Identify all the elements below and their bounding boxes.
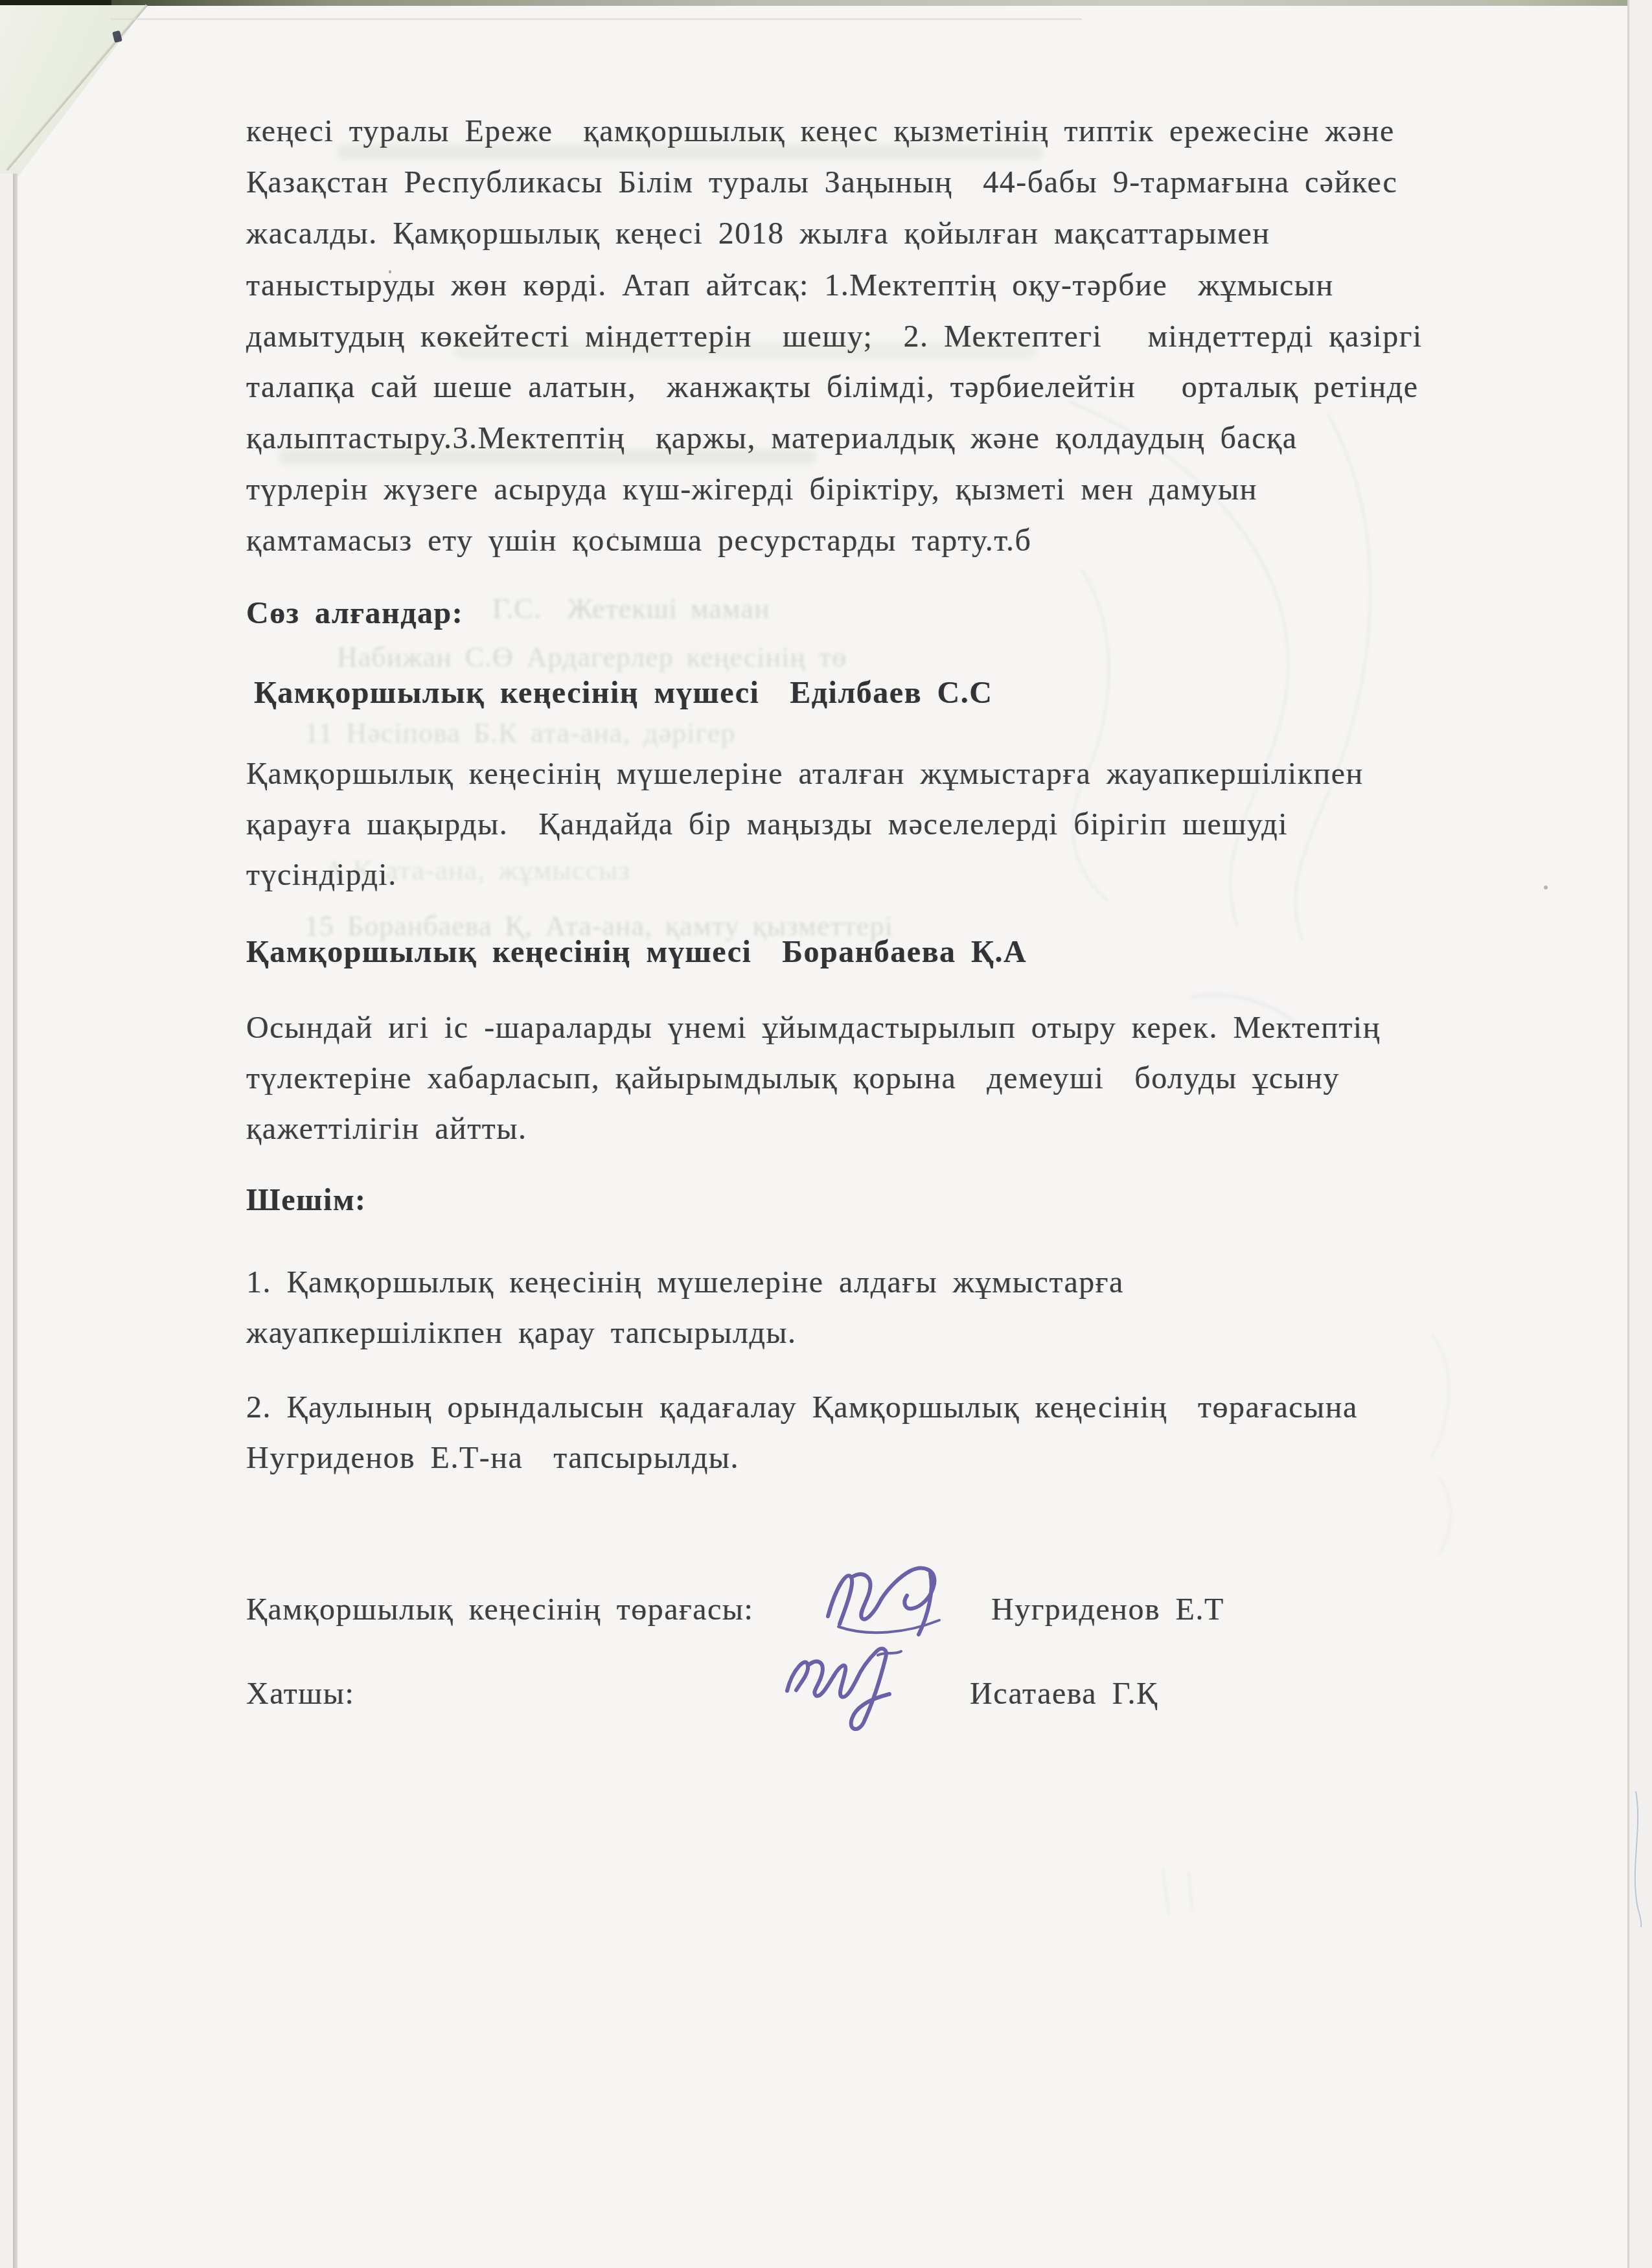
edge-pen-mark-icon — [1623, 1788, 1652, 1930]
body-line: Қамқоршылық кеңесінің мүшелеріне аталған… — [246, 759, 1364, 790]
bleed-through-line: Г.С. Жетекші маман — [492, 595, 770, 623]
bleed-through-line: 11 Нәсіпова Б.К ата-ана, дәрігер — [304, 719, 735, 748]
scanned-page: Г.С. Жетекші маман Набижан С.Ө Ардагерле… — [0, 0, 1652, 2268]
chair-name: Нугриденов Е.Т — [991, 1594, 1224, 1625]
body-line: дамытудың көкейтесті міндеттерін шешу; 2… — [246, 321, 1423, 352]
paper-speck — [1544, 886, 1548, 889]
member2-heading: Қамқоршылық кеңесінің мүшесі Боранбаева … — [246, 937, 1027, 968]
body-line: кеңесі туралы Ереже қамқоршылық кеңес қы… — [246, 116, 1395, 147]
secretary-name: Исатаева Г.Қ — [970, 1678, 1158, 1710]
body-line: таныстыруды жөн көрді. Атап айтсақ: 1.Ме… — [246, 270, 1334, 301]
body-line: қарауға шақырды. Қандайда бір маңызды мә… — [246, 809, 1288, 840]
page-left-edge-line — [13, 174, 17, 2268]
body-line: Қазақстан Республикасы Білім туралы Заңы… — [246, 167, 1397, 198]
folded-corner — [0, 5, 150, 184]
chair-label: Қамқоршылық кеңесінің төрағасы: — [246, 1594, 753, 1625]
bleed-through-squiggle-icon — [1004, 356, 1458, 1069]
bleed-through-squiggle-icon — [1412, 1328, 1490, 1561]
body-line: қамтамасыз ету үшін қосымша ресурстарды … — [246, 525, 1032, 556]
page-left-margin — [0, 174, 13, 2268]
scanner-edge-shadow-top — [0, 0, 1652, 6]
body-line: Нугриденов Е.Т-на тапсырылды. — [246, 1443, 739, 1474]
secretary-label: Хатшы: — [246, 1678, 354, 1710]
body-line: қажеттілігін айтты. — [246, 1114, 527, 1145]
body-line: Осындай игі іс -шараларды үнемі ұйымдаст… — [246, 1013, 1381, 1044]
chair-signature — [810, 1552, 959, 1642]
body-line: түрлерін жүзеге асыруда күш-жігерді бірі… — [246, 474, 1257, 505]
body-line: түлектеріне хабарласып, қайырымдылық қор… — [246, 1063, 1340, 1094]
body-line: жасалды. Қамқоршылық кеңесі 2018 жылға қ… — [246, 218, 1270, 249]
decision-heading: Шешім: — [246, 1185, 367, 1216]
member1-heading: Қамқоршылық кеңесінің мүшесі Еділбаев С.… — [254, 678, 992, 709]
secretary-signature — [774, 1629, 913, 1733]
body-line: жауапкершілікпен қарау тапсырылды. — [246, 1318, 797, 1349]
body-line: 1. Қамқоршылық кеңесінің мүшелеріне алда… — [246, 1267, 1124, 1298]
body-line: қалыптастыру.3.Мектептің қаржы, материал… — [246, 423, 1298, 454]
body-line: талапқа сай шеше алатын, жанжақты білімд… — [246, 372, 1419, 403]
paper-crease — [110, 18, 1082, 20]
speakers-heading: Сөз алғандар: — [246, 598, 463, 629]
body-line: 2. Қаулының орындалысын қадағалау Қамқор… — [246, 1392, 1358, 1423]
bleed-through-squiggle-icon — [1153, 1866, 1211, 1956]
body-line: түсіндірді. — [246, 860, 397, 891]
bleed-through-line: Набижан С.Ө Ардагерлер кеңесінің тө — [337, 643, 847, 672]
